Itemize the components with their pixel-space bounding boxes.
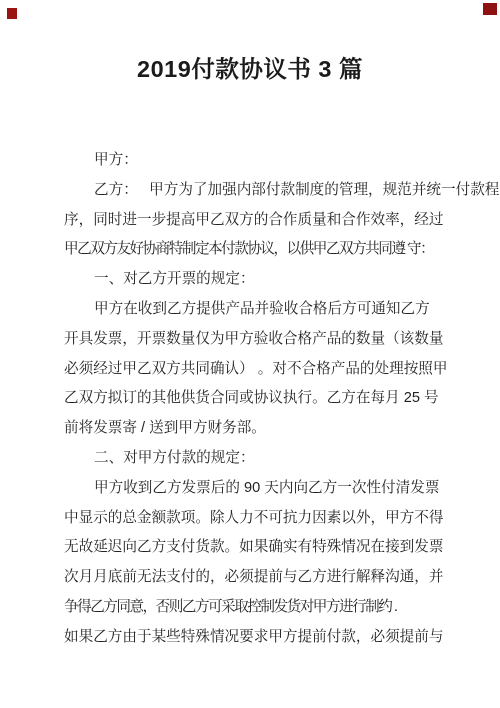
text-line: 甲方： <box>64 146 484 176</box>
text-line: 开具发票，开票数量仅为甲方验收合格产品的数量（该数量 <box>64 325 484 355</box>
text-line: 甲乙双方友好协商特制定本付款协议，以供甲乙双方共同遵 守： <box>64 235 484 265</box>
text-line: 必须经过甲乙双方共同确认） 。对不合格产品的处理按照甲 <box>64 355 484 385</box>
document-page: 2019付款协议书 3 篇 甲方：乙方： 甲方为了加强内部付款制度的管理，规范并… <box>0 0 500 708</box>
corner-stamp-right <box>483 3 497 15</box>
document-body: 甲方：乙方： 甲方为了加强内部付款制度的管理，规范并统一付款程序，同时进一步提高… <box>64 146 484 653</box>
document-title: 2019付款协议书 3 篇 <box>0 52 500 86</box>
text-line: 甲方在收到乙方提供产品并验收合格后方可通知乙方 <box>64 295 484 325</box>
text-line: 如果乙方由于某些特殊情况要求甲方提前付款，必须提前与 <box>64 623 484 653</box>
text-line: 乙方： 甲方为了加强内部付款制度的管理，规范并统一付款程 <box>64 176 484 206</box>
text-line: 次月月底前无法支付的，必须提前与乙方进行解释沟通，并 <box>64 563 484 593</box>
text-line: 争得乙方同意，否则乙方可采取控制发货对甲方进行制约 . <box>64 593 484 623</box>
corner-stamp-left <box>7 8 17 19</box>
text-line: 前将发票寄 / 送到甲方财务部。 <box>64 414 484 444</box>
text-line: 一、对乙方开票的规定： <box>64 265 484 295</box>
text-line: 中显示的总金额款项。除人力不可抗力因素以外，甲方不得 <box>64 504 484 534</box>
text-line: 甲方收到乙方发票后的 90 天内向乙方一次性付清发票 <box>64 474 484 504</box>
text-line: 二、对甲方付款的规定： <box>64 444 484 474</box>
text-line: 无故延迟向乙方支付货款。如果确实有特殊情况在接到发票 <box>64 533 484 563</box>
text-line: 乙双方拟订的其他供货合同或协议执行。乙方在每月 25 号 <box>64 384 484 414</box>
text-line: 序，同时进一步提高甲乙双方的合作质量和合作效率，经过 <box>64 206 484 236</box>
